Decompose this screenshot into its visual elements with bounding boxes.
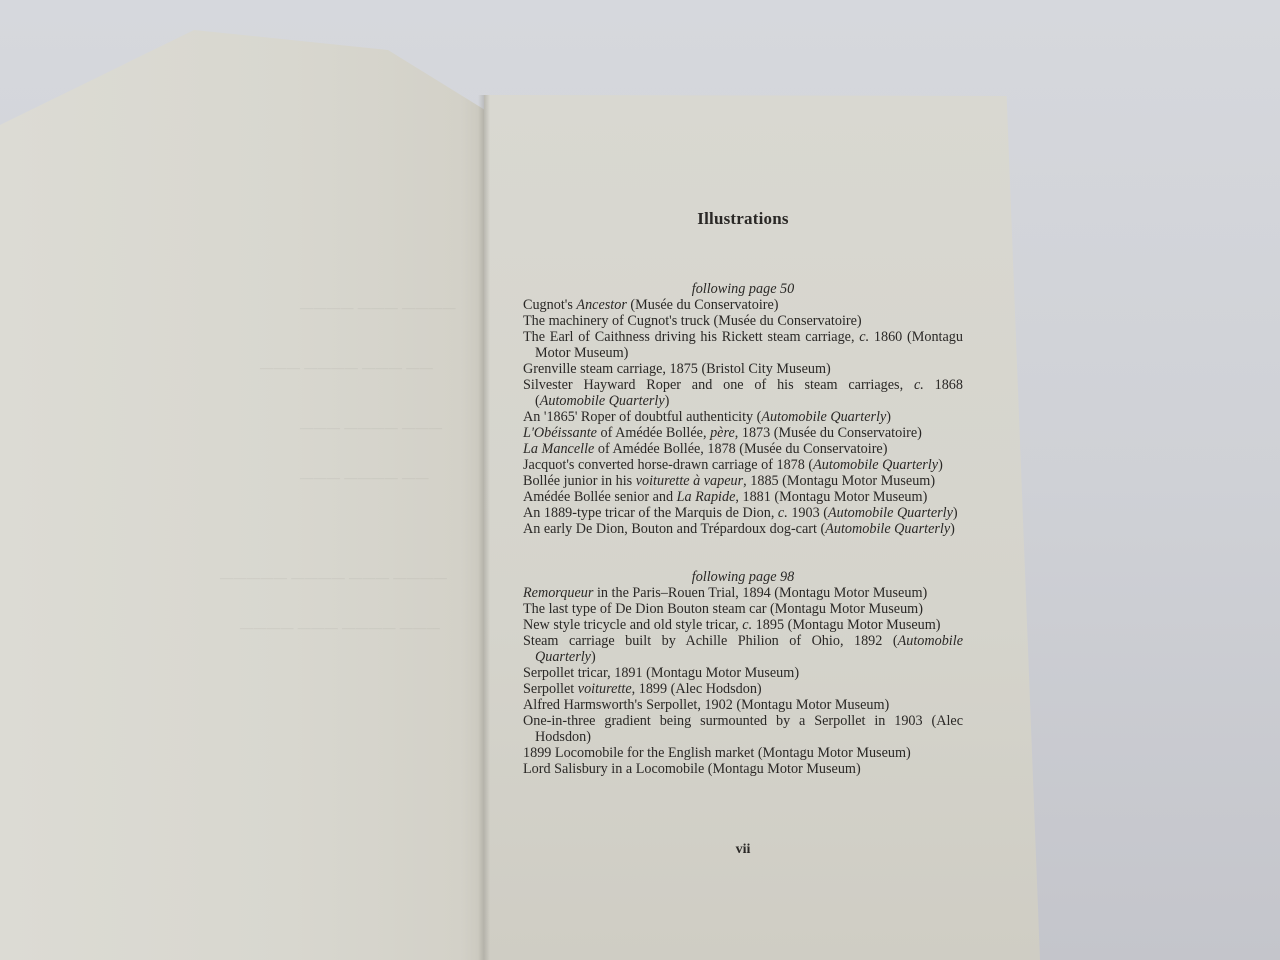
page-title: Illustrations <box>523 205 963 233</box>
entry-italic-text: Automobile Quarterly <box>761 409 886 425</box>
illustration-entry: Grenville steam carriage, 1875 (Bristol … <box>523 361 963 377</box>
bleed-through-text: ——— ———— —— <box>300 470 429 486</box>
entry-text: Serpollet <box>523 681 578 697</box>
entry-text: 1903 ( <box>788 505 828 521</box>
entry-italic-text: c. <box>914 377 924 393</box>
section-gap <box>523 537 963 569</box>
illustration-entry: 1899 Locomobile for the English market (… <box>523 745 963 761</box>
entry-text: Grenville steam carriage, 1875 (Bristol … <box>523 361 831 377</box>
illustration-entry: The machinery of Cugnot's truck (Musée d… <box>523 313 963 329</box>
illustration-entry: Cugnot's Ancestor (Musée du Conservatoir… <box>523 297 963 313</box>
illustration-entry: Silvester Hayward Roper and one of his s… <box>523 377 963 409</box>
entry-italic-text: c. <box>859 329 869 345</box>
entry-italic-text: La Rapide <box>677 489 736 505</box>
entry-italic-text: Ancestor <box>576 297 626 313</box>
illustration-entry: The Earl of Caithness driving his Ricket… <box>523 329 963 361</box>
entry-italic-text: Automobile Quarterly <box>825 521 950 537</box>
entry-text: Serpollet tricar, 1891 (Montagu Motor Mu… <box>523 665 799 681</box>
entry-text: New style tricycle and old style tricar, <box>523 617 742 633</box>
entry-text: in the Paris–Rouen Trial, 1894 (Montagu … <box>593 585 927 601</box>
illustration-entry: Lord Salisbury in a Locomobile (Montagu … <box>523 761 963 777</box>
entry-text: of Amédée Bollée, <box>597 425 710 441</box>
entry-text: Amédée Bollée senior and <box>523 489 677 505</box>
entry-text: ) <box>938 457 943 473</box>
illustration-entry: Serpollet voiturette, 1899 (Alec Hodsdon… <box>523 681 963 697</box>
page-number: vii <box>523 842 963 858</box>
illustration-entry: An 1889-type tricar of the Marquis de Di… <box>523 505 963 521</box>
entry-italic-text: c. <box>778 505 788 521</box>
entry-text: Cugnot's <box>523 297 576 313</box>
entry-text: The machinery of Cugnot's truck (Musée d… <box>523 313 862 329</box>
section-heading: following page 50 <box>523 281 963 297</box>
entry-italic-text: père <box>710 425 735 441</box>
illustration-entry: Alfred Harmsworth's Serpollet, 1902 (Mon… <box>523 697 963 713</box>
entry-text: Alfred Harmsworth's Serpollet, 1902 (Mon… <box>523 697 889 713</box>
entry-text: Steam carriage built by Achille Philion … <box>523 633 898 649</box>
entry-text: Lord Salisbury in a Locomobile (Montagu … <box>523 761 861 777</box>
sections-container: following page 50Cugnot's Ancestor (Musé… <box>523 281 963 777</box>
bleed-through-text: ————— ———— ——— ———— <box>220 570 447 586</box>
entry-text: ) <box>953 505 958 521</box>
bleed-through-text: ——— ———— ——— —— <box>260 360 433 376</box>
entry-italic-text: c. <box>742 617 752 633</box>
illustration-entry: Remorqueur in the Paris–Rouen Trial, 189… <box>523 585 963 601</box>
entry-text: An early De Dion, Bouton and Trépardoux … <box>523 521 825 537</box>
entry-italic-text: Automobile Quarterly <box>813 457 938 473</box>
section-heading: following page 98 <box>523 569 963 585</box>
bleed-through-text: ———— ——— ———— ——— <box>240 620 440 636</box>
illustration-entry: The last type of De Dion Bouton steam ca… <box>523 601 963 617</box>
illustration-entry: L'Obéissante of Amédée Bollée, père, 187… <box>523 425 963 441</box>
entry-italic-text: La Mancelle <box>523 441 594 457</box>
entry-text: , 1873 (Musée du Conservatoire) <box>735 425 922 441</box>
entry-text: The last type of De Dion Bouton steam ca… <box>523 601 923 617</box>
entry-text: Jacquot's converted horse-drawn carriage… <box>523 457 813 473</box>
bleed-through-text: ——— ———— ——— <box>300 420 443 436</box>
entry-text: ) <box>950 521 955 537</box>
illustration-entry: New style tricycle and old style tricar,… <box>523 617 963 633</box>
entry-text: An '1865' Roper of doubtful authenticity… <box>523 409 761 425</box>
illustration-entry: An early De Dion, Bouton and Trépardoux … <box>523 521 963 537</box>
entry-text: , 1885 (Montagu Motor Museum) <box>743 473 935 489</box>
entry-text: 1895 (Montagu Motor Museum) <box>752 617 940 633</box>
entry-italic-text: L'Obéissante <box>523 425 597 441</box>
book-gutter <box>484 95 490 960</box>
entry-text: ) <box>591 649 596 665</box>
entry-text: ) <box>665 393 670 409</box>
entry-text: The Earl of Caithness driving his Ricket… <box>523 329 859 345</box>
entry-italic-text: voiturette <box>578 681 632 697</box>
bleed-through-text: ———— ——— ———— <box>300 300 456 316</box>
entry-text: , 1881 (Montagu Motor Museum) <box>735 489 927 505</box>
illustration-entry: Jacquot's converted horse-drawn carriage… <box>523 457 963 473</box>
entry-text: (Musée du Conservatoire) <box>627 297 779 313</box>
left-page <box>0 30 485 960</box>
illustrations-list: Illustrations following page 50Cugnot's … <box>523 205 963 777</box>
illustration-entry: One-in-three gradient being surmounted b… <box>523 713 963 745</box>
entry-italic-text: Automobile Quarterly <box>540 393 665 409</box>
entry-text: One-in-three gradient being surmounted b… <box>523 713 963 745</box>
entry-text: Bollée junior in his <box>523 473 636 489</box>
entry-text: ) <box>886 409 891 425</box>
entry-text: An 1889-type tricar of the Marquis de Di… <box>523 505 778 521</box>
entry-text: , 1899 (Alec Hodsdon) <box>632 681 762 697</box>
illustration-entry: Amédée Bollée senior and La Rapide, 1881… <box>523 489 963 505</box>
entry-text: 1899 Locomobile for the English market (… <box>523 745 911 761</box>
illustration-entry: Bollée junior in his voiturette à vapeur… <box>523 473 963 489</box>
entry-italic-text: Remorqueur <box>523 585 593 601</box>
entry-text: Silvester Hayward Roper and one of his s… <box>523 377 914 393</box>
illustration-entry: Serpollet tricar, 1891 (Montagu Motor Mu… <box>523 665 963 681</box>
entry-text: of Amédée Bollée, 1878 (Musée du Conserv… <box>594 441 887 457</box>
illustration-entry: An '1865' Roper of doubtful authenticity… <box>523 409 963 425</box>
entry-italic-text: Automobile Quarterly <box>828 505 953 521</box>
illustration-entry: Steam carriage built by Achille Philion … <box>523 633 963 665</box>
entry-italic-text: voiturette à vapeur <box>636 473 743 489</box>
illustration-entry: La Mancelle of Amédée Bollée, 1878 (Musé… <box>523 441 963 457</box>
